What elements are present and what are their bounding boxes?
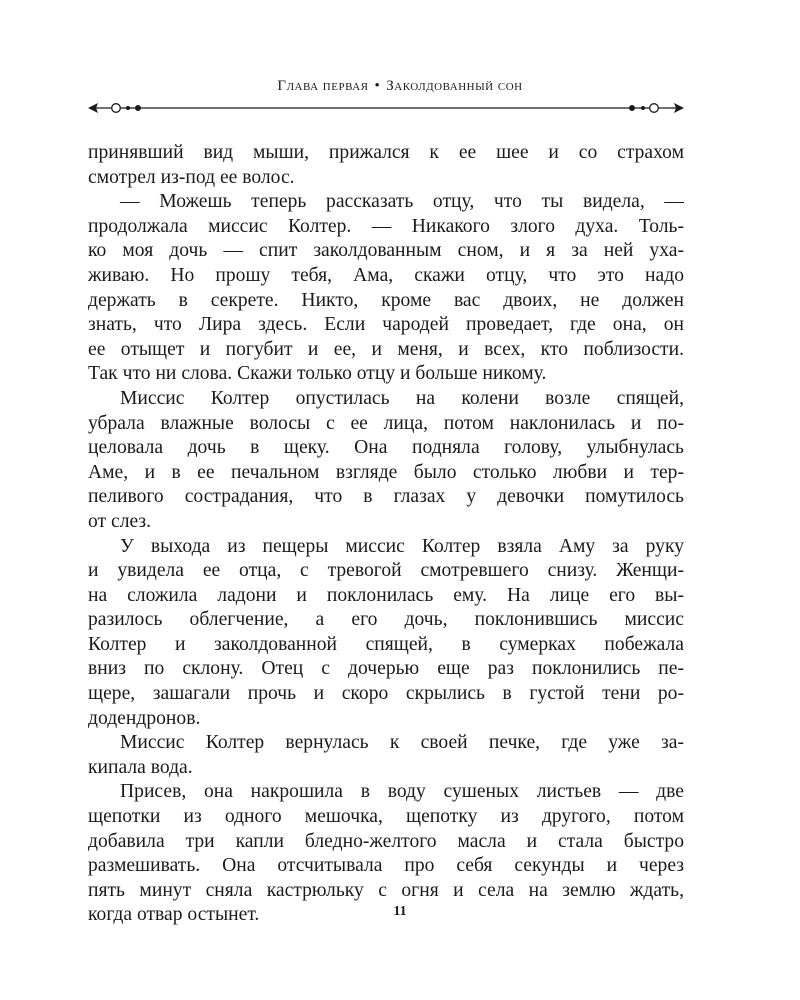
text-line: целовала дочь в щеку. Она подняла голову… <box>88 436 684 461</box>
text-line: вниз по склону. Отец с дочерью еще раз п… <box>88 657 684 682</box>
text-line: смотрел из-под ее волос. <box>88 166 684 191</box>
chapter-label: Глава первая <box>277 78 368 94</box>
text-line: разилось облегчение, а его дочь, поклони… <box>88 608 684 633</box>
header-separator: • <box>375 78 381 94</box>
text-line: Миссис Колтер опустилась на колени возле… <box>88 387 684 412</box>
text-line: и увидела ее отца, с тревогой смотревшег… <box>88 559 684 584</box>
text-line: знать, что Лира здесь. Если чародей пров… <box>88 313 684 338</box>
text-line: пеливого сострадания, что в глазах у дев… <box>88 485 684 510</box>
text-line: продолжала миссис Колтер. — Никакого зло… <box>88 215 684 240</box>
text-line: кипала вода. <box>88 756 684 781</box>
text-line: Присев, она накрошила в воду сушеных лис… <box>88 780 684 805</box>
text-line: принявший вид мыши, прижался к ее шее и … <box>88 141 684 166</box>
page-number: 11 <box>0 904 800 920</box>
text-line: размешивать. Она отсчитывала про себя се… <box>88 854 684 879</box>
text-line: додендронов. <box>88 707 684 732</box>
text-line: Так что ни слова. Скажи только отцу и бо… <box>88 362 684 387</box>
body-text: принявший вид мыши, прижался к ее шее и … <box>88 141 684 928</box>
running-header: Глава первая•Заколдованный сон <box>0 78 800 95</box>
text-line: щере, зашагали прочь и скоро скрылись в … <box>88 682 684 707</box>
chapter-title: Заколдованный сон <box>386 78 522 94</box>
ornament-rule-icon <box>86 98 686 118</box>
text-line: У выхода из пещеры миссис Колтер взяла А… <box>88 535 684 560</box>
text-line: от слез. <box>88 510 684 535</box>
text-line: живаю. Но прошу тебя, Ама, скажи отцу, ч… <box>88 264 684 289</box>
text-line: на сложила ладони и поклонилась ему. На … <box>88 584 684 609</box>
text-line: Колтер и заколдованной спящей, в сумерка… <box>88 633 684 658</box>
text-line: — Можешь теперь рассказать отцу, что ты … <box>88 190 684 215</box>
text-line: щепотки из одного мешочка, щепотку из др… <box>88 805 684 830</box>
text-line: держать в секрете. Никто, кроме вас двои… <box>88 289 684 314</box>
text-line: Аме, и в ее печальном взгляде было столь… <box>88 461 684 486</box>
text-line: добавила три капли бледно-желтого масла … <box>88 830 684 855</box>
text-line: Миссис Колтер вернулась к своей печке, г… <box>88 731 684 756</box>
text-line: убрала влажные волосы с ее лица, потом н… <box>88 412 684 437</box>
text-line: ее отыщет и погубит и ее, и меня, и всех… <box>88 338 684 363</box>
text-line: ко моя дочь — спит заколдованным сном, и… <box>88 239 684 264</box>
text-line: пять минут сняла кастрюльку с огня и сел… <box>88 879 684 904</box>
